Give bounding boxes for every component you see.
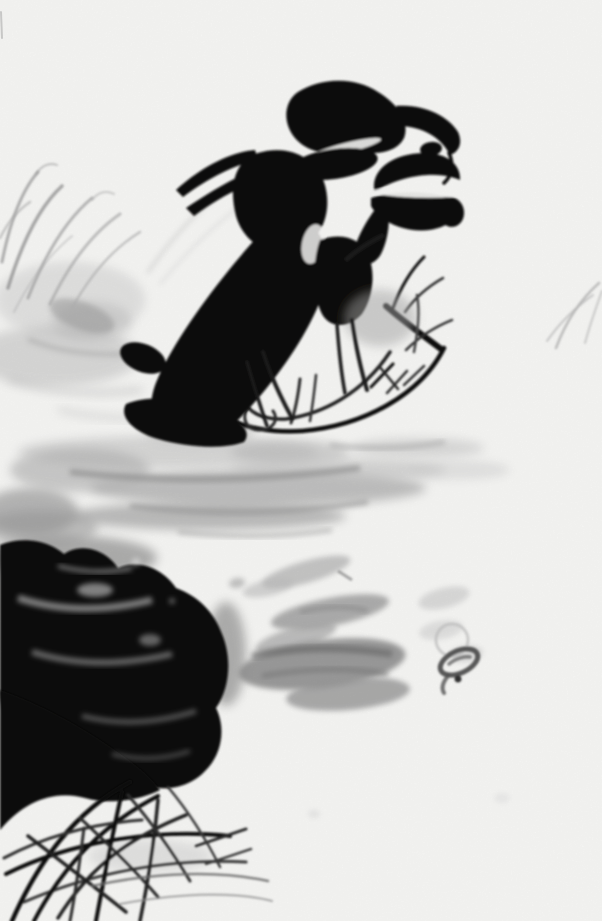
paper-grain-overlay bbox=[0, 0, 602, 921]
ink-painting-figure: Chinese ink-wash painting: two ink-black… bbox=[0, 0, 602, 921]
ink-painting-canvas: Chinese ink-wash painting: two ink-black… bbox=[0, 0, 602, 921]
